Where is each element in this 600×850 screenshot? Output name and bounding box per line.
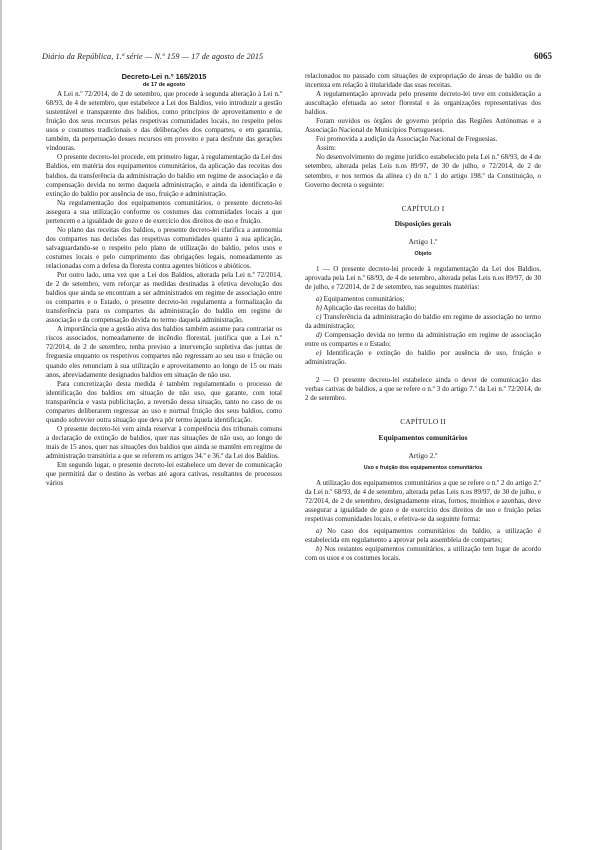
paragraph: A regulamentação aprovada pelo presente … [305, 90, 541, 117]
paragraph: Assim: [305, 144, 541, 153]
chapter-heading: CAPÍTULO II [305, 417, 541, 426]
chapter-title: Equipamentos comunitários [305, 433, 541, 442]
paragraph: Foram ouvidos os órgãos de governo própr… [305, 117, 541, 135]
paragraph: relacionados no passado com situações de… [305, 72, 541, 90]
paragraph: 1 — O presente decreto-lei procede à reg… [305, 265, 541, 292]
paragraph: Foi promovida a audição da Associação Na… [305, 135, 541, 144]
page-number: 6065 [534, 51, 552, 61]
chapter-title: Disposições gerais [305, 219, 541, 228]
list-item: b) Aplicação das receitas do baldio; [305, 304, 541, 313]
decree-title: Decreto-Lei n.º 165/2015 [46, 72, 282, 81]
paragraph: 2 — O presente decreto-lei estabelece ai… [305, 376, 541, 403]
left-column: Decreto-Lei n.º 165/2015 de 17 de agosto… [46, 72, 282, 488]
paragraph: No desenvolvimento do regime jurídico es… [305, 153, 541, 189]
paragraph: Na regulamentação dos equipamentos comun… [46, 199, 282, 226]
list-item: a) Equipamentos comunitários; [305, 295, 541, 304]
decree-date: de 17 de agosto [46, 81, 282, 90]
paragraph: No plano das receitas dos baldios, o pre… [46, 226, 282, 271]
paragraph: O presente decreto-lei procede, em prime… [46, 153, 282, 198]
paragraph: Em segundo lugar, o presente decreto-lei… [46, 461, 282, 488]
paragraph: A importância que a gestão ativa dos bal… [46, 325, 282, 379]
paragraph: Por outro lado, uma vez que a Lei dos Ba… [46, 271, 282, 325]
chapter-heading: CAPÍTULO I [305, 204, 541, 213]
article-heading: Artigo 2.º [305, 451, 541, 460]
right-column: relacionados no passado com situações de… [305, 72, 541, 563]
list-item: d) Compensação devida no termo da admini… [305, 331, 541, 349]
article-title: Objeto [305, 250, 541, 259]
paragraph: O presente decreto-lei vem ainda reserva… [46, 425, 282, 461]
list-item: c) Transferência da administração do bal… [305, 313, 541, 331]
article-heading: Artigo 1.º [305, 237, 541, 246]
running-header: Diário da República, 1.ª série — N.º 159… [42, 52, 552, 66]
document-page: Diário da República, 1.ª série — N.º 159… [0, 0, 600, 850]
journal-citation: Diário da República, 1.ª série — N.º 159… [42, 52, 263, 61]
paragraph: A utilização dos equipamentos comunitári… [305, 479, 541, 524]
paragraph: Para concretização desta medida é também… [46, 380, 282, 425]
list-item: b) Nos restantes equipamentos comunitári… [305, 545, 541, 563]
paragraph: A Lei n.º 72/2014, de 2 de setembro, que… [46, 90, 282, 153]
list-item: a) No caso dos equipamentos comunitários… [305, 527, 541, 545]
list-item: e) Identificação e extinção do baldio po… [305, 349, 541, 367]
article-title: Uso e fruição dos equipamentos comunitár… [305, 464, 541, 473]
